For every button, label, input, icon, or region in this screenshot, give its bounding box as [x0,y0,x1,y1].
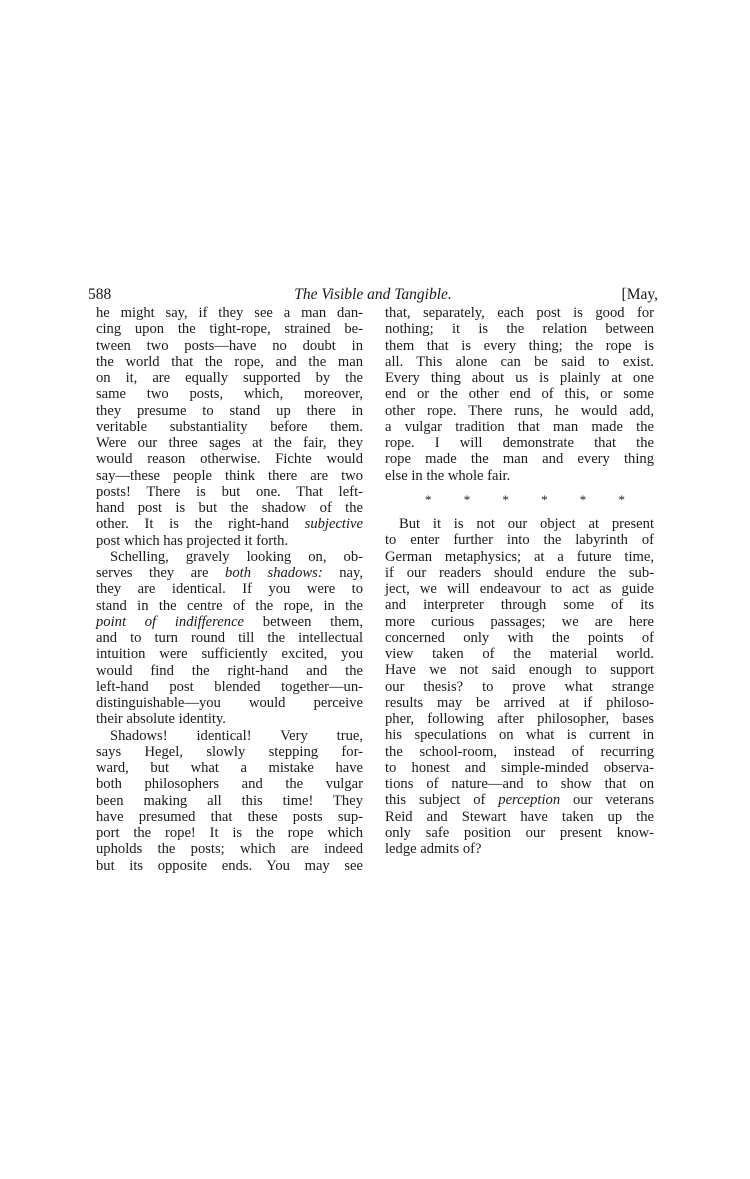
text-line: more curious passages; we are here [385,614,654,630]
text-line-with-italic: point of indifference between them, [96,614,363,630]
text-line: all. This alone can be said to exist. [385,354,654,370]
text-line: Were our three sages at the fair, they [96,435,363,451]
text-line: their absolute identity. [96,711,363,727]
paragraph-start-line: But it is not our object at present [385,516,654,532]
asterisk: * [425,492,432,508]
text-line: results may be arrived at if philoso- [385,695,654,711]
text-line: says Hegel, slowly stepping for- [96,744,363,760]
text-line: the world that the rope, and the man [96,354,363,370]
text-line: hand post is but the shadow of the [96,500,363,516]
text-line: port the rope! It is the rope which [96,825,363,841]
text-line-with-italic: other. It is the right-hand subjective [96,516,363,532]
text-line: upholds the posts; which are indeed [96,841,363,857]
text-line: a vulgar tradition that man made the [385,419,654,435]
text-line: German metaphysics; at a future time, [385,549,654,565]
text-line: distinguishable—you would perceive [96,695,363,711]
paragraph-start-line: Shadows! identical! Very true, [96,728,363,744]
text-line: say—these people think there are two [96,468,363,484]
text-line: his speculations on what is current in [385,727,654,743]
text-line: ward, but what a mistake have [96,760,363,776]
italic-subjective: subjective [305,516,363,532]
running-title: The Visible and Tangible. [88,285,658,305]
text-line-with-italic: this subject of perception our veterans [385,792,654,808]
text-line: both philosophers and the vulgar [96,776,363,792]
text-line: tween two posts—have no doubt in [96,338,363,354]
text-line-with-italic: serves they are both shadows: nay, [96,565,363,581]
text-line: nothing; it is the relation between [385,321,654,337]
text-segment: serves they are [96,565,225,581]
text-segment: this subject of [385,792,498,808]
text-line: tions of nature—and to show that on [385,776,654,792]
left-column: he might say, if they see a man dan- cin… [96,305,363,874]
text-line: our thesis? to prove what strange [385,679,654,695]
text-line: only safe position our present know- [385,825,654,841]
text-line: other rope. There runs, he would add, [385,403,654,419]
text-line: same two posts, which, moreover, [96,386,363,402]
running-month: [May, [622,285,658,305]
asterisk: * [502,492,509,508]
text-line: to honest and simple-minded observa- [385,760,654,776]
text-line: ledge admits of? [385,841,654,857]
text-segment: our veterans [560,792,654,808]
text-line: but its opposite ends. You may see [96,858,363,874]
text-line: intuition were sufficiently excited, you [96,646,363,662]
italic-both-shadows: both shadows: [225,565,323,581]
text-line: would reason otherwise. Fichte would [96,451,363,467]
text-line: they are identical. If you were to [96,581,363,597]
asterisk: * [618,492,625,508]
text-line: would find the right-hand and the [96,663,363,679]
section-break-asterisks: * * * * * * [425,492,625,508]
text-line: concerned only with the points of [385,630,654,646]
text-line: Reid and Stewart have taken up the [385,809,654,825]
text-line: to enter further into the labyrinth of [385,532,654,548]
right-column: that, separately, each post is good for … [385,305,654,857]
text-line: Have we not said enough to support [385,662,654,678]
text-line: and to turn round till the intellectual [96,630,363,646]
paragraph-start-line: Schelling, gravely looking on, ob- [96,549,363,565]
document-page: 588 The Visible and Tangible. [May, he m… [0,0,750,1179]
text-segment: other. It is the right-hand [96,516,305,532]
text-line: pher, following after philosopher, bases [385,711,654,727]
text-line: if our readers should endure the sub- [385,565,654,581]
text-line: left-hand post blended together—un- [96,679,363,695]
text-line: Every thing about us is plainly at one [385,370,654,386]
text-line: cing upon the tight-rope, strained be- [96,321,363,337]
text-line: veritable substantiality before them. [96,419,363,435]
text-line: that, separately, each post is good for [385,305,654,321]
text-line: stand in the centre of the rope, in the [96,598,363,614]
text-line: rope. I will demonstrate that the [385,435,654,451]
text-line: post which has projected it forth. [96,533,363,549]
italic-perception: perception [498,792,560,808]
text-line: the school-room, instead of recurring [385,744,654,760]
text-segment: between them, [244,614,363,630]
asterisk: * [541,492,548,508]
text-line: posts! There is but one. That left- [96,484,363,500]
running-header: 588 The Visible and Tangible. [May, [88,285,658,305]
text-line: and interpreter through some of its [385,597,654,613]
text-line: ject, we will endeavour to act as guide [385,581,654,597]
text-line: they presume to stand up there in [96,403,363,419]
text-line: them that is every thing; the rope is [385,338,654,354]
text-segment: nay, [323,565,363,581]
text-line: else in the whole fair. [385,468,654,484]
text-line: rope made the man and every thing [385,451,654,467]
text-line: have presumed that these posts sup- [96,809,363,825]
asterisk: * [464,492,471,508]
text-line: been making all this time! They [96,793,363,809]
text-line: end or the other end of this, or some [385,386,654,402]
asterisk: * [580,492,587,508]
italic-point-of-indifference: point of indifference [96,614,244,630]
text-line: on it, are equally supported by the [96,370,363,386]
text-line: he might say, if they see a man dan- [96,305,363,321]
text-line: view taken of the material world. [385,646,654,662]
